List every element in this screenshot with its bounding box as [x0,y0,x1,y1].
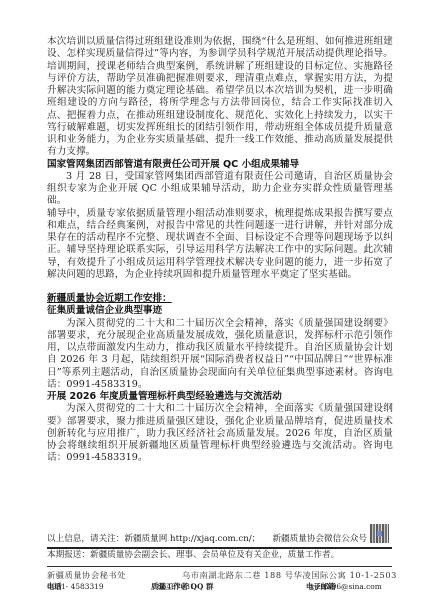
work-item-title-2: 开展 2026 年度质量管理标杆典型经验遴选与交流活动 [47,391,393,403]
footer-divider-thin [47,566,392,567]
work-item-paragraph-2: 为深入贯彻党的二十大和二十届历次全会精神，全面落实《质量强国建设纲要》部署要求，… [47,403,393,464]
wechat-label: 新疆质量协会微信公众号 [272,533,367,545]
qc-paragraph-1: 3 月 28 日，受国家管网集团西部管道有限责任公司邀请，自治区质量协会组织专家… [47,171,393,208]
recent-work-section-title: 新疆质量协会近期工作安排： [47,293,393,305]
work-item-paragraph-1: 为深入贯彻党的二十大和二十届历次全会精神，落实《质量强国建设纲要》部署要求，充分… [47,318,393,392]
qc-article-title: 国家管网集团西部管道有限责任公司开展 QC 小组成果辅导 [47,159,393,171]
secretariat-label: 新疆质量协会秘书处 [47,570,126,581]
follow-website-text: 以上信息，请关注：新疆质量网 http://xjaq.com.cn/； [47,533,260,545]
address-text: 乌市南湖北路东二巷 188 号华凌国际公寓 10-1-2503 [182,570,397,581]
email-label: 电子邮箱 [306,582,336,592]
phone-label: 电话 [47,582,62,592]
follow-info: 以上信息，请关注：新疆质量网 http://xjaq.com.cn/； 新疆质量… [47,533,393,545]
work-item-title-1: 征集质量诚信企业典型事迹 [47,305,393,317]
qq-group-label: 质量工作者 QQ 群 [151,582,213,592]
qr-code-icon [370,524,389,543]
newsletter-body: 本次培训以质量信得过班组建设准则为依据，围绕“什么是班组、如何推进班组建设、怎样… [47,36,393,465]
org-row: 新疆质量协会秘书处 乌市南湖北路东二巷 188 号华凌国际公寓 10-1-250… [47,570,397,581]
training-paragraph: 本次培训以质量信得过班组建设准则为依据，围绕“什么是班组、如何推进班组建设、怎样… [47,36,393,159]
report-to-text: 本期报送：新疆质量协会副会长、理事、会员单位及有关企业，质量工作者。 [47,549,393,561]
qc-paragraph-2: 辅导中，质量专家依据质量管理小组活动准则要求，梳理提炼成果报告撰写要点和难点，结… [47,208,393,282]
